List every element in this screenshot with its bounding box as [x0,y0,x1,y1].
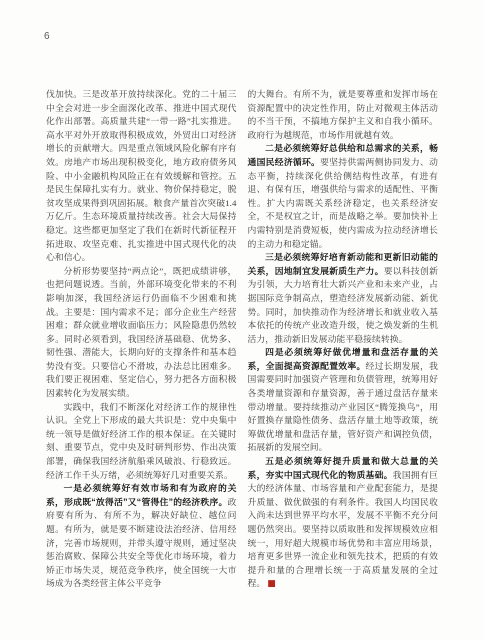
paragraph-text: 政府要有所为、有所不为，解决好缺位、越位问题。有所为，就是要不断建设法治经济、信… [46,497,237,589]
paragraph: 实践中，我们不断深化对经济工作的规律性认识。全党上下形成的最大共识是：党中央集中… [46,401,237,483]
paragraph: 五是必须统筹好提升质量和做大总量的关系，夯实中国式现代化的物质基础。我国拥有巨大… [248,455,439,592]
document-page: 6 伐加快。三是改革开放持续深化。党的二十届三中全会对进一步全面深化改革、推进中… [0,0,484,640]
paragraph-lead: 一是必须统筹好有效市场和有为政府的关系，形成既“放得活”又“管得住”的经济秩序。 [46,483,237,507]
paragraph: 的大舞台。有所不为，就是要尊重和发挥市场在资源配置中的决定性作用，防止对微观主体… [248,88,439,142]
paragraph-text: 经过长期发展，我国需要同时加强资产管理和负债管理，统筹用好各类增量资源和存量资源… [248,361,439,453]
paragraph-text: 分析形势要坚持“两点论”，既把成绩讲够，也把问题说透。当前，外部环境变化带来的不… [46,266,237,398]
right-column: 的大舞台。有所不为，就是要尊重和发挥市场在资源配置中的决定性作用，防止对微观主体… [248,88,439,592]
paragraph-text: 的大舞台。有所不为，就是要尊重和发挥市场在资源配置中的决定性作用，防止对微观主体… [248,89,439,140]
paragraph: 二是必须统筹好总供给和总需求的关系，畅通国民经济循环。要坚持供需两侧协同发力、动… [248,142,439,251]
article-body: 伐加快。三是改革开放持续深化。党的二十届三中全会对进一步全面深化改革、推进中国式… [46,88,438,592]
paragraph: 分析形势要坚持“两点论”，既把成绩讲够，也把问题说透。当前，外部环境变化带来的不… [46,265,237,401]
paragraph: 四是必须统筹好做优增量和盘活存量的关系，全面提高资源配置效率。经过长期发展，我国… [248,346,439,455]
left-column: 伐加快。三是改革开放持续深化。党的二十届三中全会对进一步全面深化改革、推进中国式… [46,88,237,592]
article-end-icon: ■ [267,579,276,589]
paragraph: 伐加快。三是改革开放持续深化。党的二十届三中全会对进一步全面深化改革、推进中国式… [46,88,237,265]
paragraph-text: 要以科技创新为引领，大力培育壮大新兴产业和未来产业，占据国际竞争制高点，塑造经济… [248,266,439,344]
page-number: 6 [44,31,50,42]
paragraph-text: 我国拥有巨大的经济体量、市场容量和产业配套能力，是提升质量、做优做强的有利条件。… [248,470,439,589]
paragraph: 一是必须统筹好有效市场和有为政府的关系，形成既“放得活”又“管得住”的经济秩序。… [46,482,237,591]
paragraph: 三是必须统筹好培育新动能和更新旧动能的关系，因地制宜发展新质生产力。要以科技创新… [248,251,439,346]
paragraph-text: 实践中，我们不断深化对经济工作的规律性认识。全党上下形成的最大共识是：党中央集中… [46,402,237,480]
paragraph-text: 要坚持供需两侧协同发力、动态平衡，持续深化供给侧结构性改革，有进有退、有保有压，… [248,157,439,249]
paragraph-text: 伐加快。三是改革开放持续深化。党的二十届三中全会对进一步全面深化改革、推进中国式… [46,89,237,262]
